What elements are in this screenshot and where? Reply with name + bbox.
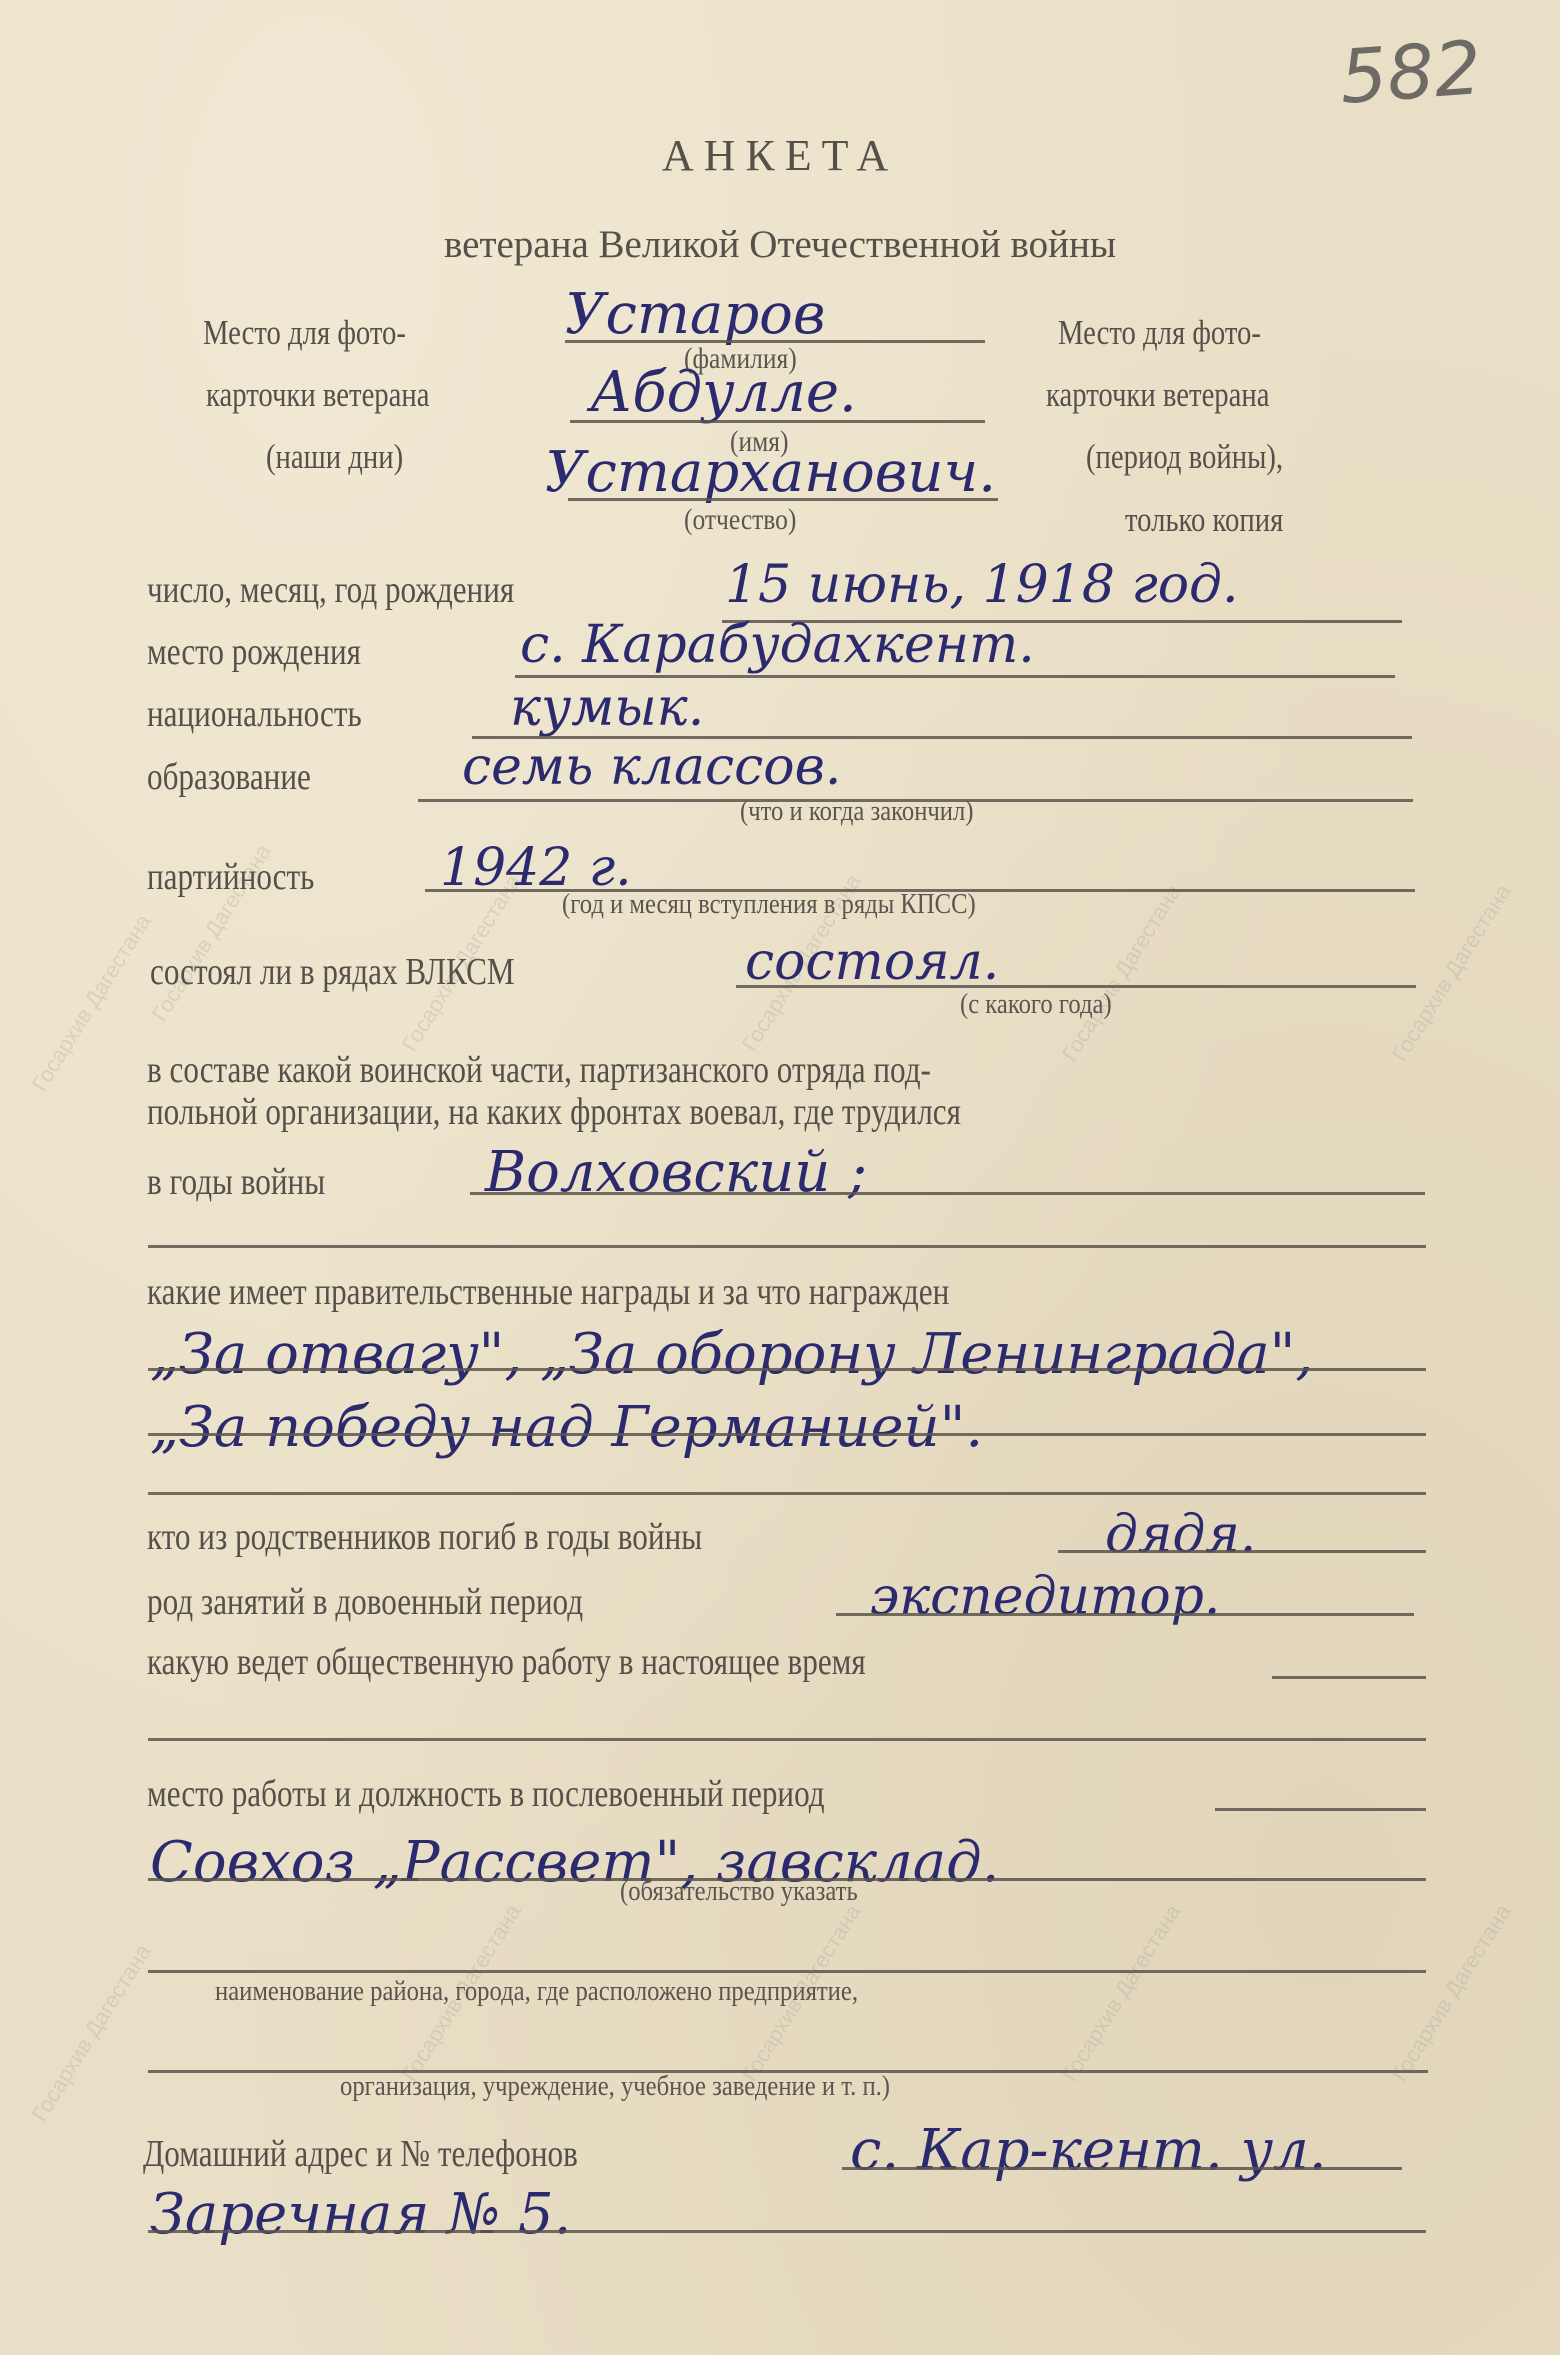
birth-place-label: место рождения [147,630,361,674]
prewar-occupation-line [836,1613,1414,1616]
photo-left-line2: карточки ветерана [206,375,430,415]
postwar-work-line-3 [148,1970,1426,1973]
birth-date-label: число, месяц, год рождения [147,568,514,612]
archive-number: 582 [1337,25,1484,121]
photo-right-line2: карточки ветерана [1046,375,1270,415]
postwar-work-label: место работы и должность в послевоенный … [147,1772,825,1816]
unit-label-line3: в годы войны [147,1160,325,1204]
unit-line [470,1192,1425,1195]
unit-value[interactable]: Волховский ; [485,1140,867,1205]
unit-line-2 [148,1245,1426,1248]
awards-value-line1[interactable]: „За отвагу", „За оборону Ленинграда", [150,1322,1313,1387]
address-line-2 [148,2230,1426,2233]
relatives-label: кто из родственников погиб в годы войны [147,1515,702,1559]
first-name-value[interactable]: Абдулле. [590,360,857,425]
prewar-occupation-label: род занятий в довоенный период [147,1580,583,1624]
unit-label-line2: польной организации, на каких фронтах во… [147,1090,961,1134]
first-name-line [570,420,985,423]
watermark: Госархив Дагестана [1387,1900,1517,2086]
nationality-value[interactable]: кумык. [510,678,704,738]
photo-right-line1: Место для фото- [1058,313,1261,353]
nationality-label: национальность [147,692,362,736]
patronymic-hint: (отчество) [684,503,796,537]
watermark: Госархив Дагестана [1387,880,1517,1066]
awards-line-2 [148,1433,1426,1436]
photo-left-line3: (наши дни) [266,437,403,477]
postwar-work-value[interactable]: Совхоз „Рассвет", завсклад. [150,1830,999,1895]
komsomol-label: состоял ли в рядах ВЛКСМ [150,950,515,994]
social-work-line [1272,1676,1426,1679]
awards-line-1 [148,1368,1426,1371]
postwar-work-line [1215,1808,1426,1811]
address-value-line1[interactable]: с. Кар-кент. ул. [850,2118,1327,2183]
party-label: партийность [147,855,314,899]
birth-place-value[interactable]: с. Карабудахкент. [520,615,1035,675]
prewar-occupation-value[interactable]: экспедитор. [870,1567,1220,1627]
photo-left-line1: Место для фото- [203,313,406,353]
address-label: Домашний адрес и № телефонов [143,2132,578,2176]
komsomol-value[interactable]: состоял. [745,932,999,992]
photo-right-line3: (период войны), [1086,437,1283,477]
postwar-work-hint-1: (обязательство указать [620,1875,858,1908]
watermark: Госархив Дагестана [1057,880,1187,1066]
awards-label: какие имеет правительственные награды и … [147,1270,949,1314]
form-subtitle: ветерана Великой Отечественной войны [0,222,1560,267]
address-line-1 [842,2167,1402,2170]
watermark: Госархив Дагестана [27,1940,157,2126]
social-work-line-2 [148,1738,1426,1741]
watermark: Госархив Дагестана [27,910,157,1096]
relatives-line [1058,1550,1426,1553]
birth-date-value[interactable]: 15 июнь, 1918 год. [725,555,1239,615]
postwar-work-hint-2: наименование района, города, где располо… [215,1975,858,2008]
awards-line-3 [148,1492,1426,1495]
postwar-work-hint-3: организация, учреждение, учебное заведен… [340,2070,890,2103]
relatives-value[interactable]: дядя. [1105,1505,1256,1565]
surname-value[interactable]: Устаров [565,282,825,347]
education-label: образование [147,755,311,799]
education-hint: (что и когда закончил) [740,795,973,828]
address-value-line2[interactable]: Заречная № 5. [150,2182,571,2247]
komsomol-hint: (с какого года) [960,988,1112,1021]
form-title: АНКЕТА [0,130,1560,181]
patronymic-line [568,498,998,501]
photo-right-line4: только копия [1125,500,1283,540]
patronymic-value[interactable]: Устарханович. [545,440,996,505]
party-hint: (год и месяц вступления в ряды КПСС) [562,888,976,921]
watermark: Госархив Дагестана [1057,1900,1187,2086]
awards-value-line2[interactable]: „За победу над Германией". [150,1395,983,1460]
social-work-label: какую ведет общественную работу в настоя… [147,1640,866,1684]
unit-label-line1: в составе какой воинской части, партизан… [147,1048,931,1092]
education-value[interactable]: семь классов. [462,737,841,797]
